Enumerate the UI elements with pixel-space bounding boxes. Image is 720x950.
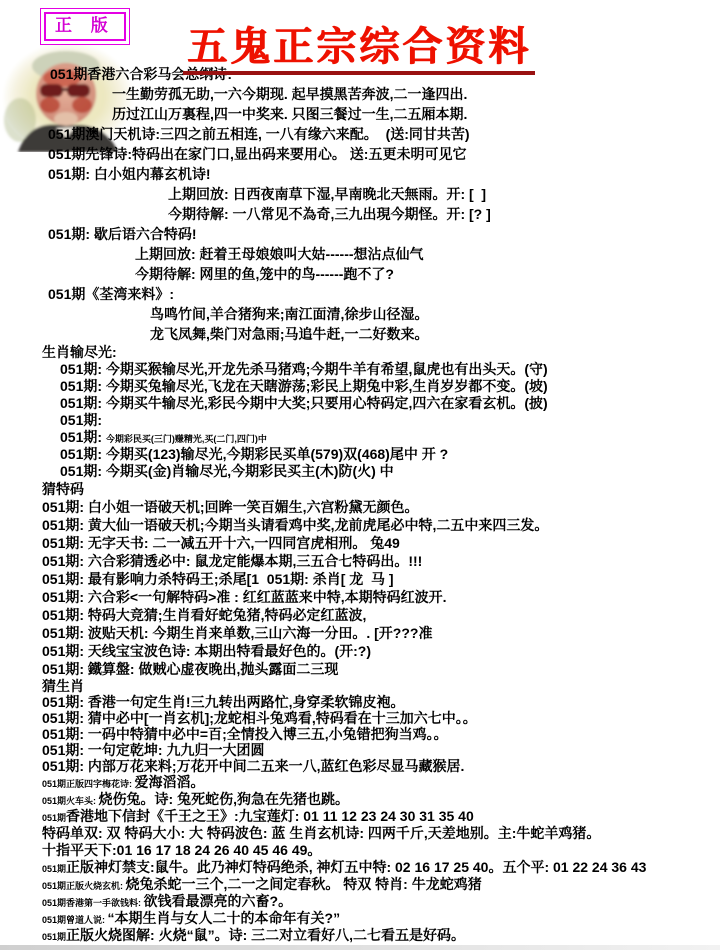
text-segment: 欲钱看最漂亮的六畜?。 xyxy=(144,893,293,909)
text-segment: “本期生肖与女人二十的本命年有关?” xyxy=(108,910,341,926)
text-segment-small: 今期彩民买(三门)赚精光,买(二门,四门)中 xyxy=(106,434,267,444)
text-segment: 051期: 白小姐内幕玄机诗! xyxy=(48,166,211,182)
text-segment: 爱海滔滔。 xyxy=(135,774,205,790)
text-line: 051期: 特码大竞猜;生肖看好蛇兔猪,特码必定红蓝波, xyxy=(0,606,720,624)
text-line: 一生勤劳孤无助,一六今期现. 起早摸黑苦奔波,二一逢四出. xyxy=(0,84,720,104)
text-line: 051期: 无字天书: 二一减五开十六,一四同宫虎相刑。 兔49 xyxy=(0,534,720,552)
text-line: 051期: xyxy=(0,412,720,429)
text-line: 051期《荃湾来料》: xyxy=(0,284,720,304)
text-line: 051期: 黄大仙一语破天机;今期当头请看鸡中奖,龙前虎尾必中特,二五中来四三发… xyxy=(0,516,720,534)
text-segment: 特码单双: 双 特码大小: 大 特码波色: 蓝 生肖玄机诗: 四两千斤,天差地别… xyxy=(42,825,600,841)
text-segment: 051期: 今期买(123)输尽光,今期彩民买单(579)双(468)尾中 开 … xyxy=(60,446,448,462)
text-line: 051期香港第一手欲钱料: 欲钱看最漂亮的六畜?。 xyxy=(0,893,720,910)
text-segment: 今期待解: 一八常见不為奇,三九出現今期怪。开: [? ] xyxy=(168,206,491,222)
text-line: 051期: 一码中特猜中必中=百;全情投入博三五,小兔错把狗当鸡。。 xyxy=(0,726,720,742)
text-segment: 051期: 波贴天机: 今期生肖来单数,三山六海一分田。. [开???准 xyxy=(42,625,432,641)
text-segment: 龙飞凤舞,柴门对急雨;马追牛赶,一二好数来。 xyxy=(150,326,428,342)
text-line: 051期正版四字梅花诗: 爱海滔滔。 xyxy=(0,774,720,791)
text-line: 051期: 波贴天机: 今期生肖来单数,三山六海一分田。. [开???准 xyxy=(0,624,720,642)
text-line: 鸟鸣竹间,羊合猪狗来;南江面清,徐步山径湿。 xyxy=(0,304,720,324)
text-line: 生肖输尽光: xyxy=(0,344,720,361)
text-line: 051期: 内部万花来料;万花开中间二五来一八,蓝红色彩尽显马藏猴居. xyxy=(0,758,720,774)
text-segment: 051期: 歇后语六合特码! xyxy=(48,226,197,242)
text-line: 051期正版火烧图解: 火烧“鼠”。诗: 三二对立看好八,二七看五是好码。 xyxy=(0,927,720,944)
text-segment: 051期: 白小姐一语破天机;回眸一笑百媚生,六宫粉黛无颜色。 xyxy=(42,499,418,515)
text-line: 今期待解: 网里的鱼,笼中的鸟------跑不了? xyxy=(0,264,720,284)
text-line: 051期: 白小姐内幕玄机诗! xyxy=(0,164,720,184)
page-bottom-edge xyxy=(0,945,720,950)
lottery-info-sheet: 正 版 五鬼正宗综合资料 051期香港六合彩马会总纲诗:一生勤劳孤无助,一六今期… xyxy=(0,0,720,950)
text-line: 051期: 今期买猴输尽光,开龙先杀马猪鸡;今期牛羊有希望,鼠虎也有出头天。(守… xyxy=(0,361,720,378)
content-lines: 051期香港六合彩马会总纲诗:一生勤劳孤无助,一六今期现. 起早摸黑苦奔波,二一… xyxy=(0,64,720,944)
text-line: 051期: 今期买牛输尽光,彩民今期中大奖;只要用心特码定,四六在家看玄机。(披… xyxy=(0,395,720,412)
text-segment: 上期回放: 赶着王母娘娘叫大姑------想沾点仙气 xyxy=(135,246,424,262)
text-line: 十指平天下:01 16 17 18 24 26 40 45 46 49。 xyxy=(0,842,720,859)
text-segment: 051期先锋诗:特码出在家门口,显出码来要用心。 送:五更未明可见它 xyxy=(48,146,466,162)
text-segment: 上期回放: 日西夜南草下湿,早南晚北天無雨。开: [ ] xyxy=(168,186,486,202)
text-segment: 051期: 香港一句定生肖!三九转出两路忙,身穿柔软锦皮袍。 xyxy=(42,694,404,710)
text-line: 051期先锋诗:特码出在家门口,显出码来要用心。 送:五更未明可见它 xyxy=(0,144,720,164)
page-title: 五鬼正宗综合资料 xyxy=(183,24,535,75)
text-segment: 今期待解: 网里的鱼,笼中的鸟------跑不了? xyxy=(135,266,394,282)
text-line: 今期待解: 一八常见不為奇,三九出現今期怪。开: [? ] xyxy=(0,204,720,224)
text-segment-small: 051期正版火烧玄机: xyxy=(42,881,126,891)
text-line: 051期: 六合彩猜透必中: 鼠龙定能爆本期,三五合七特码出。!!! xyxy=(0,552,720,570)
text-segment: 051期: 六合彩猜透必中: 鼠龙定能爆本期,三五合七特码出。!!! xyxy=(42,553,422,569)
text-line: 051期曾道人说: “本期生肖与女人二十的本命年有关?” xyxy=(0,910,720,927)
text-segment: 051期: 今期买(金)肖输尽光,今期彩民买主(木)防(火) 中 xyxy=(60,463,394,479)
text-segment: 正版神灯禁支:鼠牛。此乃神灯特码绝杀, 神灯五中特: 02 16 17 25 4… xyxy=(66,859,646,875)
text-line: 051期香港地下信封《千王之王》:九宝莲灯: 01 11 12 23 24 30… xyxy=(0,808,720,825)
text-segment: 一生勤劳孤无助,一六今期现. 起早摸黑苦奔波,二一逢四出. xyxy=(112,86,467,102)
text-line: 051期: 鐵算盤: 做贼心虚夜晚出,抛头露面二三现 xyxy=(0,660,720,678)
text-line: 上期回放: 赶着王母娘娘叫大姑------想沾点仙气 xyxy=(0,244,720,264)
text-segment: 051期: 六合彩<一句解特码>准 : 红红蓝蓝来中特,本期特码红波开. xyxy=(42,589,446,605)
text-segment-small: 051期 xyxy=(42,932,66,942)
text-line: 051期: 今期买兔输尽光,飞龙在天瞎游荡;彩民上期兔中彩,生肖岁岁都不变。(坡… xyxy=(0,378,720,395)
text-line: 051期正版神灯禁支:鼠牛。此乃神灯特码绝杀, 神灯五中特: 02 16 17 … xyxy=(0,859,720,876)
text-segment: 051期: 特码大竞猜;生肖看好蛇兔猪,特码必定红蓝波, xyxy=(42,607,366,623)
text-segment: 051期《荃湾来料》: xyxy=(48,286,174,302)
text-segment: 051期: 无字天书: 二一减五开十六,一四同宫虎相刑。 兔49 xyxy=(42,535,400,551)
text-segment-small: 051期香港第一手欲钱料: xyxy=(42,898,144,908)
text-segment: 生肖输尽光: xyxy=(42,344,117,360)
text-segment: 鸟鸣竹间,羊合猪狗来;南江面清,徐步山径湿。 xyxy=(150,306,428,322)
text-segment: 正版火烧图解: 火烧“鼠”。诗: 三二对立看好八,二七看五是好码。 xyxy=(66,927,465,943)
text-segment: 051期: 猜中必中[一肖玄机];龙蛇相斗兔鸡看,特码看在十三加六七中。。 xyxy=(42,710,477,726)
text-segment: 051期: xyxy=(60,429,106,445)
text-segment: 猜特码 xyxy=(42,481,84,497)
text-line: 龙飞凤舞,柴门对急雨;马追牛赶,一二好数来。 xyxy=(0,324,720,344)
text-line: 猜生肖 xyxy=(0,678,720,694)
text-line: 051期: 白小姐一语破天机;回眸一笑百媚生,六宫粉黛无颜色。 xyxy=(0,498,720,516)
text-line: 051期: 六合彩<一句解特码>准 : 红红蓝蓝来中特,本期特码红波开. xyxy=(0,588,720,606)
text-line: 051期: 猜中必中[一肖玄机];龙蛇相斗兔鸡看,特码看在十三加六七中。。 xyxy=(0,710,720,726)
text-segment: 香港地下信封《千王之王》:九宝莲灯: 01 11 12 23 24 30 31 … xyxy=(66,808,474,824)
text-segment-small: 051期火车头: xyxy=(42,796,99,806)
text-segment-small: 051期 xyxy=(42,864,66,874)
text-segment: 051期: 今期买猴输尽光,开龙先杀马猪鸡;今期牛羊有希望,鼠虎也有出头天。(守… xyxy=(60,361,548,377)
text-line: 051期: 歇后语六合特码! xyxy=(0,224,720,244)
text-segment: 051期: 内部万花来料;万花开中间二五来一八,蓝红色彩尽显马藏猴居. xyxy=(42,758,464,774)
badge-label: 正 版 xyxy=(55,16,115,35)
text-segment: 051期: 最有影响力杀特码王;杀尾[1 051期: 杀肖[ 龙 马 ] xyxy=(42,571,394,587)
text-segment: 051期: 一码中特猜中必中=百;全情投入博三五,小兔错把狗当鸡。。 xyxy=(42,726,448,742)
text-segment-small: 051期曾道人说: xyxy=(42,915,108,925)
text-line: 猜特码 xyxy=(0,480,720,498)
text-line: 051期: 一句定乾坤: 九九归一大团圆 xyxy=(0,742,720,758)
text-segment: 历过江山万裏程,四一中奖来. 只图三餐过一生,二五厢本期. xyxy=(112,106,467,122)
text-line: 051期火车头: 烧伤兔。诗: 兔死蛇伤,狗急在先猪也跳。 xyxy=(0,791,720,808)
text-segment: 051期: 今期买牛输尽光,彩民今期中大奖;只要用心特码定,四六在家看玄机。(披… xyxy=(60,395,548,411)
text-line: 051期正版火烧玄机: 烧兔杀蛇一三个,二一之间定春秋。 特双 特肖: 牛龙蛇鸡… xyxy=(0,876,720,893)
text-segment: 051期: 鐵算盤: 做贼心虚夜晚出,抛头露面二三现 xyxy=(42,661,338,677)
text-line: 历过江山万裏程,四一中奖来. 只图三餐过一生,二五厢本期. xyxy=(0,104,720,124)
text-line: 051期: 香港一句定生肖!三九转出两路忙,身穿柔软锦皮袍。 xyxy=(0,694,720,710)
text-line: 上期回放: 日西夜南草下湿,早南晚北天無雨。开: [ ] xyxy=(0,184,720,204)
text-segment: 051期澳门天机诗:三四之前五相连, 一八有缘六来配。 (送:同甘共苦) xyxy=(48,126,470,142)
text-segment: 051期: 今期买兔输尽光,飞龙在天瞎游荡;彩民上期兔中彩,生肖岁岁都不变。(坡… xyxy=(60,378,548,394)
text-segment: 051期: 天线宝宝波色诗: 本期出特看最好色的。(开:?) xyxy=(42,643,371,659)
text-segment-small: 051期正版四字梅花诗: xyxy=(42,779,135,789)
text-line: 051期: 最有影响力杀特码王;杀尾[1 051期: 杀肖[ 龙 马 ] xyxy=(0,570,720,588)
text-line: 051期: 今期买(金)肖输尽光,今期彩民买主(木)防(火) 中 xyxy=(0,463,720,480)
text-line: 051期: 今期彩民买(三门)赚精光,买(二门,四门)中 xyxy=(0,429,720,446)
text-segment: 十指平天下:01 16 17 18 24 26 40 45 46 49。 xyxy=(42,842,321,858)
text-segment: 051期: xyxy=(60,412,102,428)
text-segment: 051期: 一句定乾坤: 九九归一大团圆 xyxy=(42,742,264,758)
text-line: 051期: 今期买(123)输尽光,今期彩民买单(579)双(468)尾中 开 … xyxy=(0,446,720,463)
text-segment-small: 051期 xyxy=(42,813,66,823)
text-segment: 猜生肖 xyxy=(42,678,84,694)
text-line: 051期: 天线宝宝波色诗: 本期出特看最好色的。(开:?) xyxy=(0,642,720,660)
authenticity-badge: 正 版 xyxy=(40,8,130,45)
text-line: 特码单双: 双 特码大小: 大 特码波色: 蓝 生肖玄机诗: 四两千斤,天差地别… xyxy=(0,825,720,842)
text-segment: 051期: 黄大仙一语破天机;今期当头请看鸡中奖,龙前虎尾必中特,二五中来四三发… xyxy=(42,517,548,533)
text-line: 051期澳门天机诗:三四之前五相连, 一八有缘六来配。 (送:同甘共苦) xyxy=(0,124,720,144)
text-segment: 烧伤兔。诗: 兔死蛇伤,狗急在先猪也跳。 xyxy=(99,791,349,807)
text-segment: 烧兔杀蛇一三个,二一之间定春秋。 特双 特肖: 牛龙蛇鸡猪 xyxy=(126,876,482,892)
